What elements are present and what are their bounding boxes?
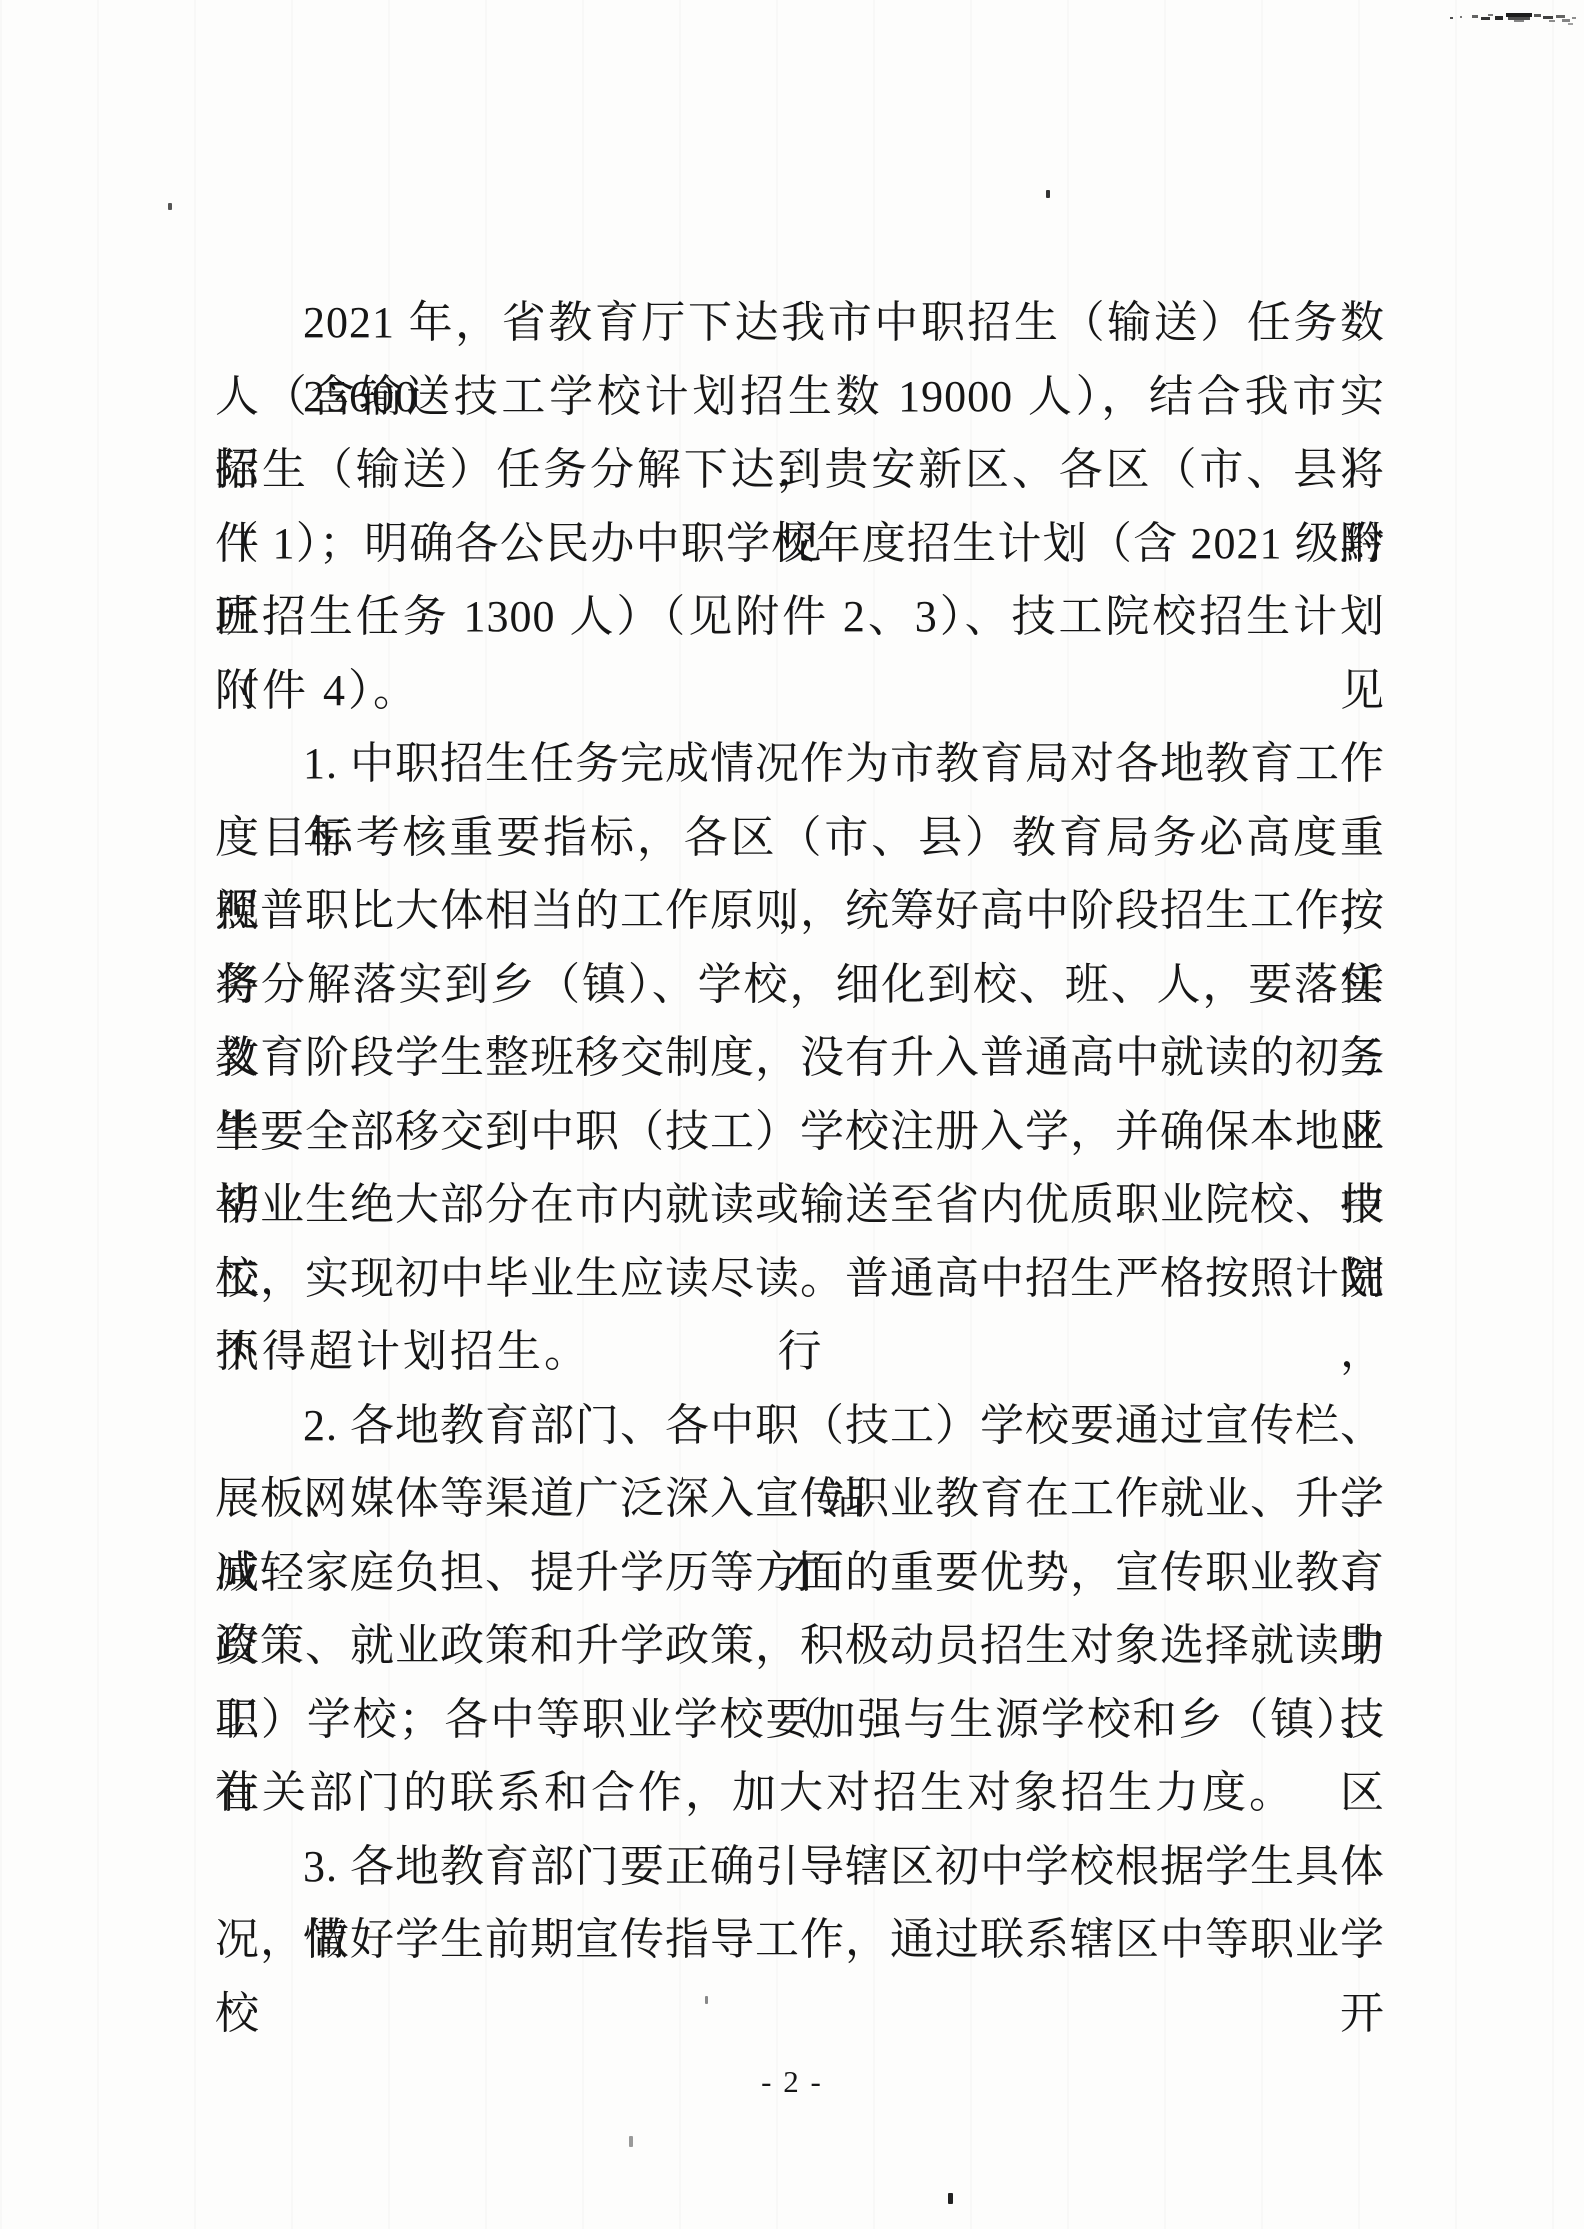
scan-speck-artifact (168, 203, 172, 210)
scan-speck-artifact (705, 1996, 708, 2004)
text-line: 2. 各地教育部门、各中职（技工）学校要通过宣传栏、网站、 (215, 1389, 1385, 1463)
text-line: 照普职比大体相当的工作原则，统筹好高中阶段招生工作，将任 (215, 874, 1385, 948)
text-line: 务分解落实到乡（镇）、学校，细化到校、班、人，要落实义务 (215, 948, 1385, 1022)
scan-speck-artifact (948, 2193, 953, 2204)
text-line: 减轻家庭负担、提升学历等方面的重要优势，宣传职业教育资助 (215, 1536, 1385, 1610)
scan-speck-artifact (1046, 190, 1050, 198)
text-line: 政策、就业政策和升学政策，积极动员招生对象选择就读中职（技 (215, 1609, 1385, 1683)
text-line: 件 1）；明确各公民办中职学校年度招生计划（含 2021 级黔匠 (215, 507, 1385, 581)
text-line: 况，做好学生前期宣传指导工作，通过联系辖区中等职业学校开 (215, 1903, 1385, 1977)
text-line: 人（含输送技工学校计划招生数 19000 人），结合我市实际，将 (215, 360, 1385, 434)
text-line: 教育阶段学生整班移交制度，没有升入普通高中就读的初三毕业 (215, 1021, 1385, 1095)
document-page: 2021 年，省教育厅下达我市中职招生（输送）任务数 25600人（含输送技工学… (0, 0, 1584, 2229)
page-number: - 2 - (0, 2064, 1584, 2100)
text-line: 校，实现初中毕业生应读尽读。普通高中招生严格按照计划执行， (215, 1242, 1385, 1316)
text-line: 3. 各地教育部门要正确引导辖区初中学校根据学生具体情 (215, 1830, 1385, 1904)
text-line: 有关部门的联系和合作，加大对招生对象招生力度。 (215, 1756, 1385, 1830)
text-line: 工）学校；各中等职业学校要加强与生源学校和乡（镇）、社区 (215, 1683, 1385, 1757)
text-line: 展板、媒体等渠道广泛深入宣传职业教育在工作就业、升学成才、 (215, 1462, 1385, 1536)
text-line: 度目标考核重要指标，各区（市、县）教育局务必高度重视，按 (215, 801, 1385, 875)
text-line: 招生（输送）任务分解下达到贵安新区、各区（市、县）（见附 (215, 433, 1385, 507)
text-line: 毕业生绝大部分在市内就读或输送至省内优质职业院校、技工院 (215, 1168, 1385, 1242)
scan-smudge-shape (1448, 8, 1578, 28)
scan-speck-artifact (1140, 1212, 1144, 1216)
text-line: 生要全部移交到中职（技工）学校注册入学，并确保本地区初中 (215, 1095, 1385, 1169)
text-line: 2021 年，省教育厅下达我市中职招生（输送）任务数 25600 (215, 286, 1385, 360)
scan-speck-artifact (629, 2136, 633, 2147)
scan-smudge-artifact (1448, 8, 1578, 28)
document-body: 2021 年，省教育厅下达我市中职招生（输送）任务数 25600人（含输送技工学… (215, 286, 1385, 1977)
text-line: 1. 中职招生任务完成情况作为市教育局对各地教育工作年 (215, 727, 1385, 801)
text-line: 班招生任务 1300 人）（见附件 2、3）、技工院校招生计划（见 (215, 580, 1385, 654)
